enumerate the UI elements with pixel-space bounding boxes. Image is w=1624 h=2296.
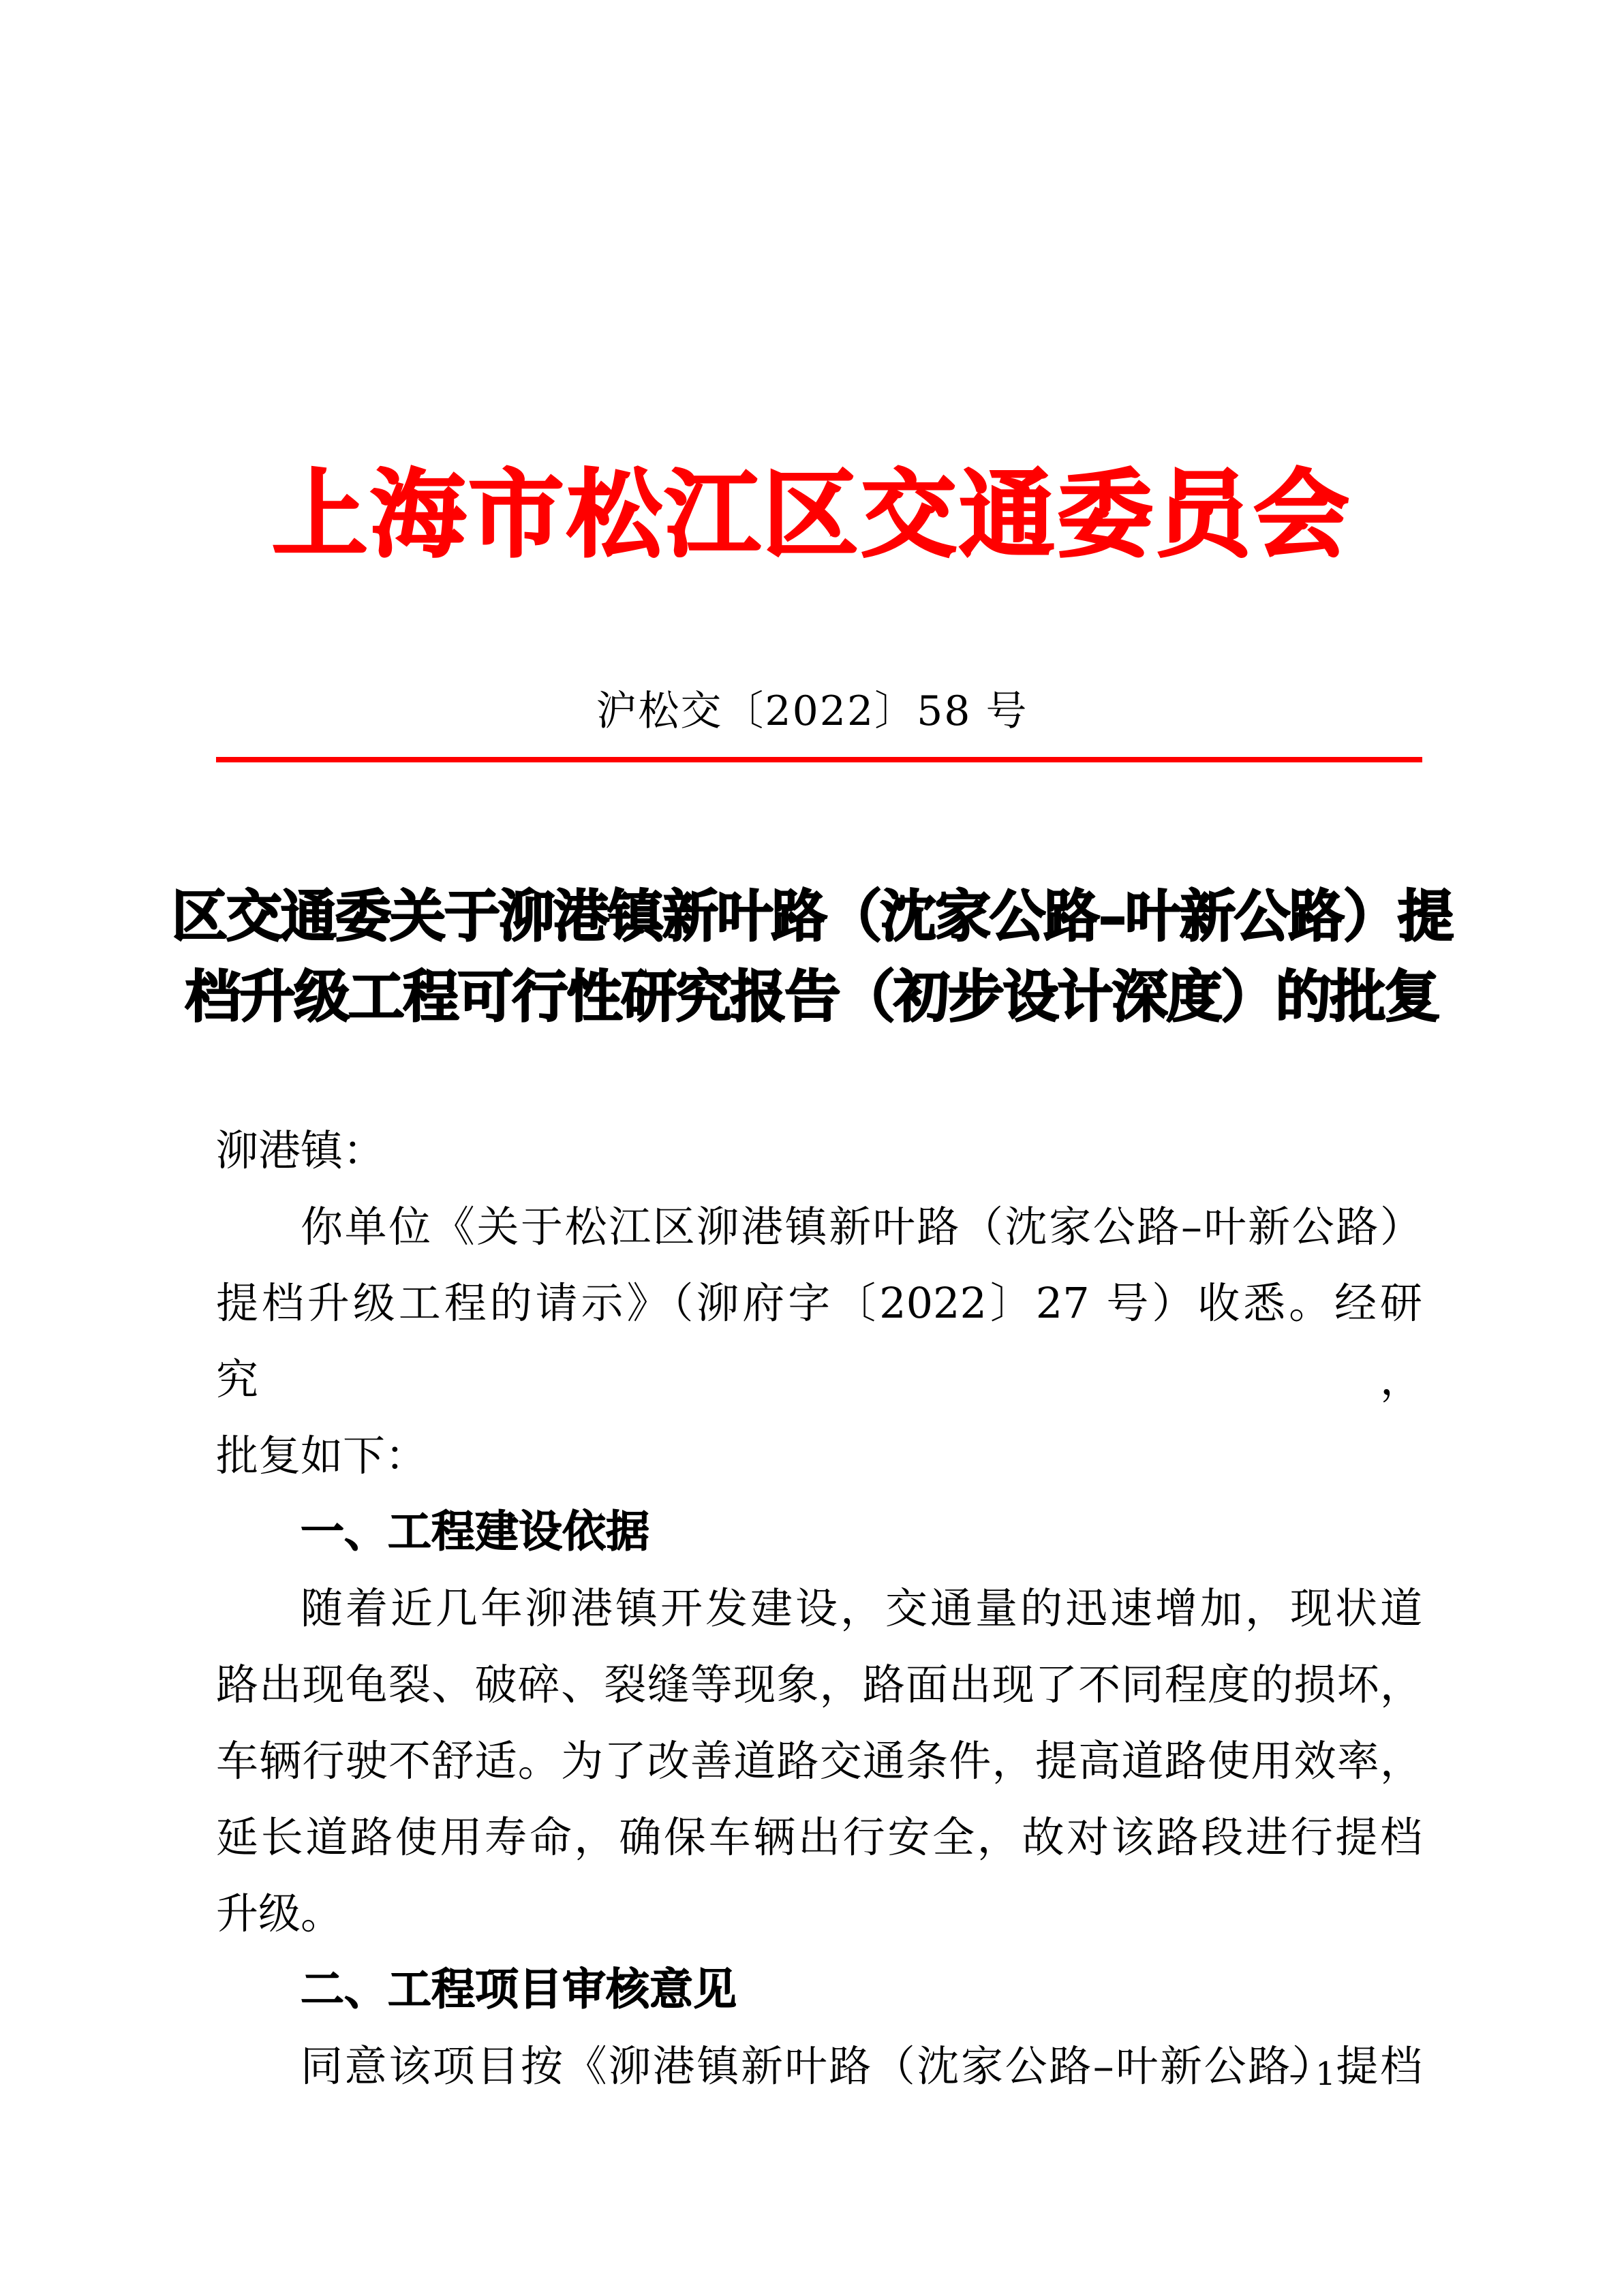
document-subject-title: 区交通委关于泖港镇新叶路（沈家公路–叶新公路）提 档升级工程可行性研究报告（初步… — [0, 876, 1624, 1037]
subject-title-line-2: 档升级工程可行性研究报告（初步设计深度）的批复 — [0, 957, 1624, 1037]
body-line: 路出现龟裂、破碎、裂缝等现象，路面出现了不同程度的损坏， — [216, 1647, 1422, 1723]
subject-title-line-1: 区交通委关于泖港镇新叶路（沈家公路–叶新公路）提 — [0, 876, 1624, 957]
body-line: 同意该项目按《泖港镇新叶路（沈家公路–叶新公路）提档 — [216, 2028, 1422, 2105]
salutation-line: 泖港镇： — [216, 1113, 1422, 1189]
document-reference-number: 沪松交〔2022〕58 号 — [0, 683, 1624, 740]
document-body: 泖港镇： 你单位《关于松江区泖港镇新叶路（沈家公路–叶新公路） 提档升级工程的请… — [216, 1113, 1422, 2105]
agency-masthead-title: 上海市松江区交通委员会 — [0, 462, 1624, 568]
section-heading-2: 二、工程项目审核意见 — [216, 1952, 1422, 2028]
red-divider-rule — [216, 757, 1422, 762]
document-page: 上海市松江区交通委员会 沪松交〔2022〕58 号 区交通委关于泖港镇新叶路（沈… — [0, 0, 1624, 2296]
body-line: 你单位《关于松江区泖港镇新叶路（沈家公路–叶新公路） — [216, 1189, 1422, 1265]
body-line: 批复如下： — [216, 1418, 1422, 1494]
body-line: 车辆行驶不舒适。为了改善道路交通条件，提高道路使用效率， — [216, 1723, 1422, 1799]
body-line: 升级。 — [216, 1876, 1422, 1952]
section-heading-1: 一、工程建设依据 — [216, 1494, 1422, 1570]
body-line: 提档升级工程的请示》（泖府字〔2022〕27 号）收悉。经研究， — [216, 1265, 1422, 1418]
body-line: 随着近几年泖港镇开发建设，交通量的迅速增加，现状道 — [216, 1570, 1422, 1647]
page-number: – 1 – — [1276, 2053, 1375, 2096]
body-line: 延长道路使用寿命，确保车辆出行安全，故对该路段进行提档 — [216, 1799, 1422, 1876]
